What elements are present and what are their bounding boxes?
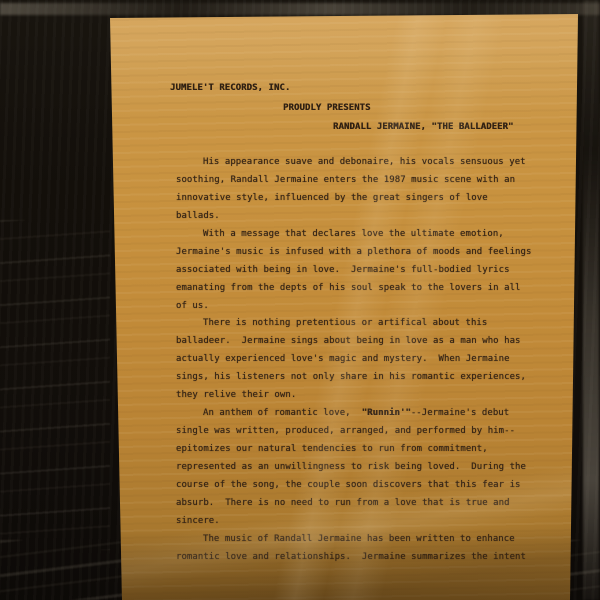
shrinkwrap-glare-right [583, 0, 599, 600]
shrinkwrap-glare-left [0, 220, 110, 550]
photo-background: JUMELE'T RECORDS, INC. PROUDLY PRESENTS … [0, 0, 600, 600]
shrinkwrap-glare-top [0, 3, 600, 15]
